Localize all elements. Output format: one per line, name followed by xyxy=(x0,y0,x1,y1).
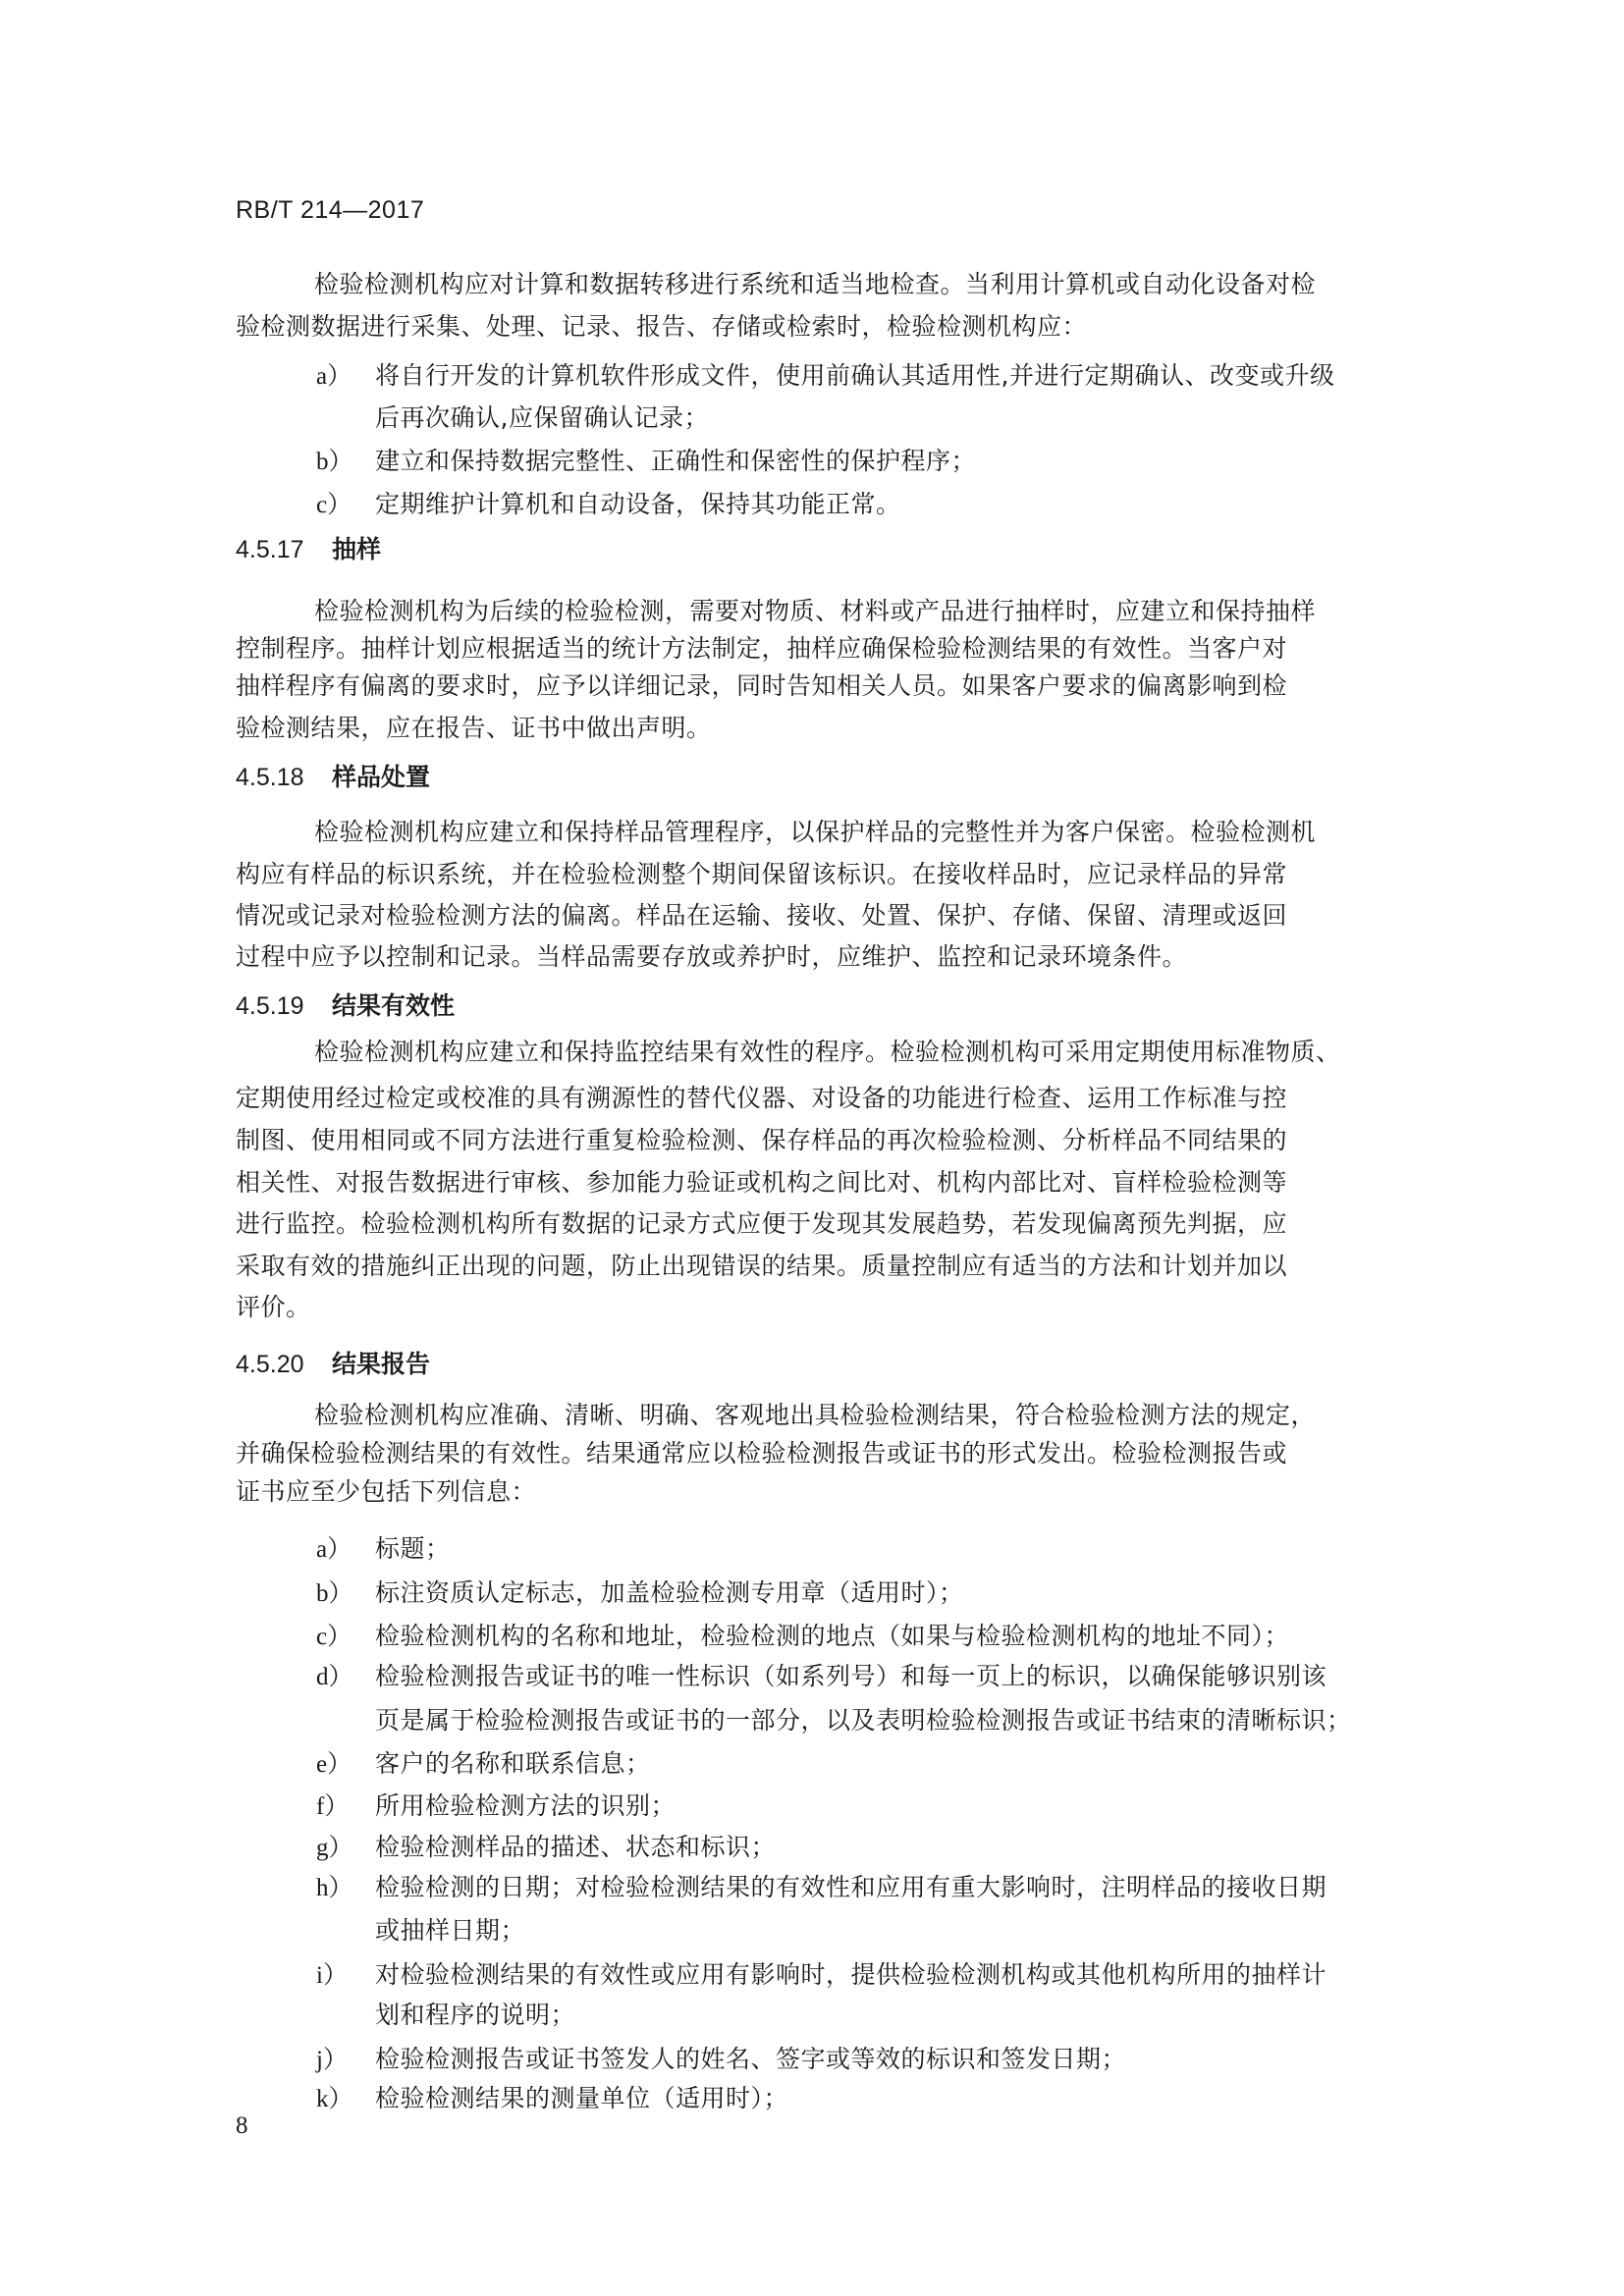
list-item-text: 划和程序的说明； xyxy=(375,1996,575,2031)
paragraph-line: 制图、使用相同或不同方法进行重复检验检测、保存样品的再次检验检测、分析样品不同结… xyxy=(236,1126,1287,1155)
list-marker: a） xyxy=(316,356,352,392)
list-item-text: 对检验检测结果的有效性或应用有影响时，提供检验检测机构或其他机构所用的抽样计 xyxy=(375,1955,1326,1991)
list-marker: d） xyxy=(316,1657,353,1692)
section-number: 4.5.17 xyxy=(236,536,332,564)
standard-code-header: RB/T 214—2017 xyxy=(236,196,424,225)
paragraph-line: 情况或记录对检验检测方法的偏离。样品在运输、接收、处置、保护、存储、保留、清理或… xyxy=(236,901,1287,931)
intro-paragraph-line: 验检测数据进行采集、处理、记录、报告、存储或检索时，检验检测机构应： xyxy=(236,312,1087,342)
paragraph-line: 证书应至少包括下列信息： xyxy=(236,1477,536,1507)
paragraph-line: 抽样程序有偏离的要求时，应予以详细记录，同时告知相关人员。如果客户要求的偏离影响… xyxy=(236,671,1287,701)
paragraph-line: 构应有样品的标识系统，并在检验检测整个期间保留该标识。在接收样品时，应记录样品的… xyxy=(236,860,1287,889)
list-item-text: 检验检测样品的描述、状态和标识； xyxy=(375,1828,776,1863)
paragraph-line: 定期使用经过检定或校准的具有溯源性的替代仪器、对设备的功能进行检查、运用工作标准… xyxy=(236,1084,1287,1113)
list-item-text: 建立和保持数据完整性、正确性和保密性的保护程序； xyxy=(375,442,976,477)
paragraph-line: 检验检测机构应建立和保持样品管理程序，以保护样品的完整性并为客户保密。检验检测机 xyxy=(314,818,1316,847)
list-marker: c） xyxy=(316,485,352,520)
list-item-text: 检验检测报告或证书签发人的姓名、签字或等效的标识和签发日期； xyxy=(375,2040,1126,2075)
paragraph-line: 验检测结果，应在报告、证书中做出声明。 xyxy=(236,714,712,743)
list-marker: c） xyxy=(316,1617,352,1652)
list-item-text: 页是属于检验检测报告或证书的一部分，以及表明检验检测报告或证书结束的清晰标识； xyxy=(375,1701,1352,1736)
list-item-text: 标注资质认定标志，加盖检验检测专用章（适用时）； xyxy=(375,1574,964,1609)
list-item-text: 检验检测机构的名称和地址，检验检测的地点（如果与检验检测机构的地址不同）； xyxy=(375,1617,1289,1652)
list-item-text: 或抽样日期； xyxy=(375,1911,525,1947)
list-marker: i） xyxy=(316,1955,348,1991)
list-marker: b） xyxy=(316,442,353,477)
section-number: 4.5.19 xyxy=(236,992,332,1021)
list-item-text: 将自行开发的计算机软件形成文件，使用前确认其适用性,并进行定期确认、改变或升级 xyxy=(375,356,1334,392)
paragraph-line: 相关性、对报告数据进行审核、参加能力验证或机构之间比对、机构内部比对、盲样检验检… xyxy=(236,1168,1287,1198)
paragraph-line: 过程中应予以控制和记录。当样品需要存放或养护时，应维护、监控和记录环境条件。 xyxy=(236,942,1187,972)
section-heading-4-5-18: 4.5.18样品处置 xyxy=(236,758,430,793)
section-heading-4-5-19: 4.5.19结果有效性 xyxy=(236,987,455,1022)
paragraph-line: 检验检测机构为后续的检验检测，需要对物质、材料或产品进行抽样时，应建立和保持抽样 xyxy=(314,597,1316,626)
paragraph-line: 进行监控。检验检测机构所有数据的记录方式应便于发现其发展趋势，若发现偏离预先判据… xyxy=(236,1209,1287,1239)
list-marker: a） xyxy=(316,1529,352,1565)
list-item-text: 检验检测结果的测量单位（适用时）； xyxy=(375,2079,788,2114)
page-number: 8 xyxy=(236,2112,248,2140)
intro-paragraph-line: 检验检测机构应对计算和数据转移进行系统和适当地检查。当利用计算机或自动化设备对检 xyxy=(314,270,1316,299)
section-title: 抽样 xyxy=(332,535,381,563)
paragraph-line: 检验检测机构应准确、清晰、明确、客观地出具检验检测结果，符合检验检测方法的规定， xyxy=(314,1401,1316,1430)
list-marker: k） xyxy=(316,2079,353,2114)
list-item-text: 所用检验检测方法的识别； xyxy=(375,1787,676,1822)
list-marker: j） xyxy=(316,2040,348,2075)
list-item-text: 定期维护计算机和自动设备，保持其功能正常。 xyxy=(375,485,901,520)
list-item-text: 标题； xyxy=(375,1529,451,1565)
list-marker: b） xyxy=(316,1574,353,1609)
section-title: 结果有效性 xyxy=(332,991,455,1020)
list-item-text: 检验检测报告或证书的唯一性标识（如系列号）和每一页上的标识，以确保能够识别该 xyxy=(375,1657,1326,1692)
paragraph-line: 并确保检验检测结果的有效性。结果通常应以检验检测报告或证书的形式发出。检验检测报… xyxy=(236,1439,1287,1468)
section-number: 4.5.20 xyxy=(236,1351,332,1379)
list-item-text: 检验检测的日期；对检验检测结果的有效性和应用有重大影响时，注明样品的接收日期 xyxy=(375,1868,1326,1903)
paragraph-line: 评价。 xyxy=(236,1293,311,1322)
section-heading-4-5-17: 4.5.17抽样 xyxy=(236,530,381,565)
section-number: 4.5.18 xyxy=(236,764,332,792)
list-marker: e） xyxy=(316,1744,352,1780)
paragraph-line: 检验检测机构应建立和保持监控结果有效性的程序。检验检测机构可采用定期使用标准物质… xyxy=(314,1038,1341,1067)
list-marker: h） xyxy=(316,1868,353,1903)
paragraph-line: 控制程序。抽样计划应根据适当的统计方法制定，抽样应确保检验检测结果的有效性。当客… xyxy=(236,634,1287,664)
section-title: 样品处置 xyxy=(332,763,430,791)
list-marker: g） xyxy=(316,1828,353,1863)
list-item-text: 客户的名称和联系信息； xyxy=(375,1744,651,1780)
paragraph-line: 采取有效的措施纠正出现的问题，防止出现错误的结果。质量控制应有适当的方法和计划并… xyxy=(236,1252,1287,1281)
list-marker: f） xyxy=(316,1787,349,1822)
section-title: 结果报告 xyxy=(332,1350,430,1378)
list-item-text: 后再次确认,应保留确认记录； xyxy=(375,399,709,434)
section-heading-4-5-20: 4.5.20结果报告 xyxy=(236,1345,430,1380)
